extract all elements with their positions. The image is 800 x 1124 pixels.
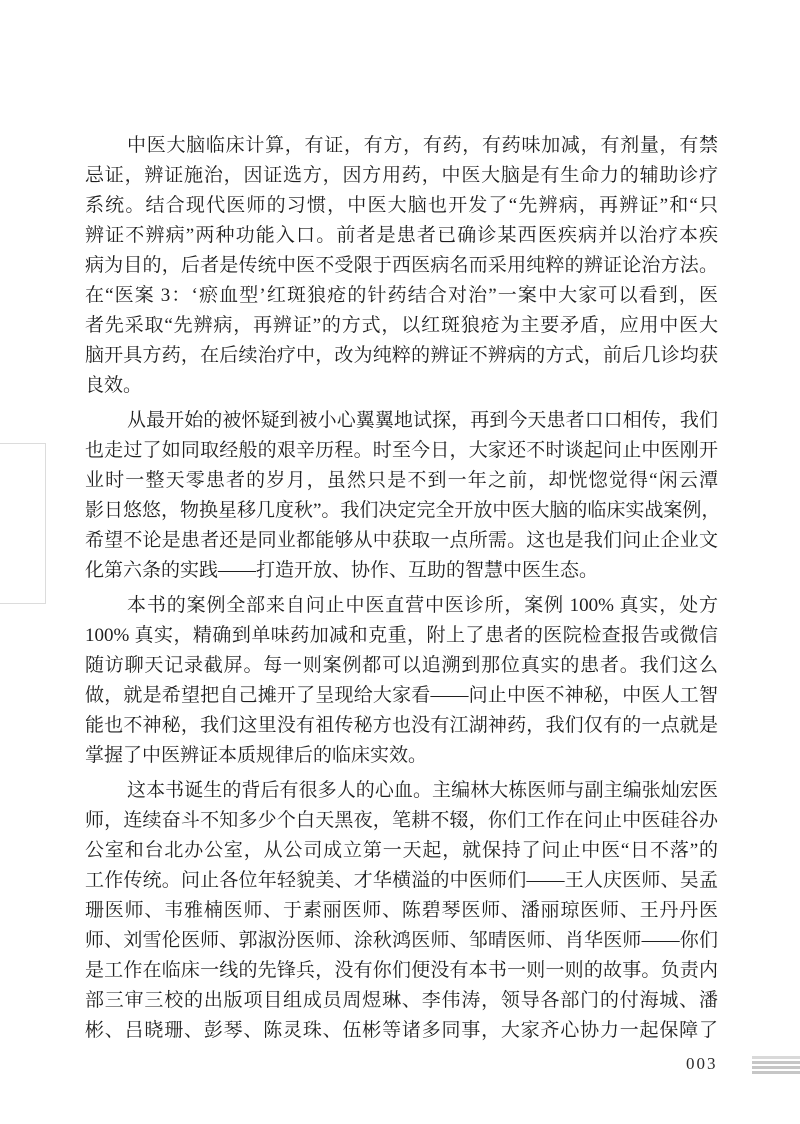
text-line: 辨证不辨病”两种功能入口。前者是患者已确诊某西医疾病并以治疗本疾	[85, 221, 718, 251]
text-line: 在“医案 3：‘瘀血型’红斑狼疮的针药结合对治”一案中大家可以看到，医	[85, 281, 718, 311]
text-line: 希望不论是患者还是同业都能够从中获取一点所需。这也是我们问止企业文	[85, 526, 718, 556]
text-line: 部三审三校的出版项目组成员周煜琳、李伟涛，领导各部门的付海城、潘	[85, 986, 718, 1016]
paragraph: 这本书诞生的背后有很多人的心血。主编林大栋医师与副主编张灿宏医师，连续奋斗不知多…	[85, 776, 718, 1046]
text-line: 脑开具方药，在后续治疗中，改为纯粹的辨证不辨病的方式，前后几诊均获	[85, 341, 718, 371]
paragraph: 中医大脑临床计算，有证，有方，有药，有药味加减，有剂量，有禁忌证，辨证施治，因证…	[85, 131, 718, 401]
text-line: 做，就是希望把自己摊开了呈现给大家看——问止中医不神秘，中医人工智	[85, 681, 718, 711]
stripe	[752, 1066, 800, 1069]
text-line: 者先采取“先辨病，再辨证”的方式，以红斑狼疮为主要矛盾，应用中医大	[85, 311, 718, 341]
page-number: 003	[686, 1054, 718, 1074]
text-line: 化第六条的实践——打造开放、协作、互助的智慧中医生态。	[85, 556, 718, 586]
paragraph: 本书的案例全部来自问止中医直营中医诊所，案例 100% 真实，处方100% 真实…	[85, 591, 718, 771]
footer-stripes-decoration	[752, 1056, 800, 1076]
text-line: 随访聊天记录截屏。每一则案例都可以追溯到那位真实的患者。我们这么	[85, 651, 718, 681]
text-line: 从最开始的被怀疑到被小心翼翼地试探，再到今天患者口口相传，我们	[85, 406, 718, 436]
text-line: 100% 真实，精确到单味药加减和克重，附上了患者的医院检查报告或微信	[85, 621, 718, 651]
stripe	[752, 1071, 800, 1074]
text-line: 是工作在临床一线的先锋兵，没有你们便没有本书一则一则的故事。负责内	[85, 956, 718, 986]
text-line: 本书的案例全部来自问止中医直营中医诊所，案例 100% 真实，处方	[85, 591, 718, 621]
left-margin-box	[0, 443, 46, 604]
text-line: 能也不神秘，我们这里没有祖传秘方也没有江湖神药，我们仅有的一点就是	[85, 711, 718, 741]
text-line: 公室和台北办公室，从公司成立第一天起，就保持了问止中医“日不落”的	[85, 836, 718, 866]
paragraph: 从最开始的被怀疑到被小心翼翼地试探，再到今天患者口口相传，我们也走过了如同取经般…	[85, 406, 718, 586]
text-line: 也走过了如同取经般的艰辛历程。时至今日，大家还不时谈起问止中医刚开	[85, 436, 718, 466]
text-line: 业时一整天零患者的岁月，虽然只是不到一年之前，却恍惚觉得“闲云潭	[85, 466, 718, 496]
text-line: 掌握了中医辨证本质规律后的临床实效。	[85, 741, 718, 771]
text-line: 良效。	[85, 371, 718, 401]
text-line: 珊医师、韦雅楠医师、于素丽医师、陈碧琴医师、潘丽琼医师、王丹丹医	[85, 896, 718, 926]
text-line: 师，连续奋斗不知多少个白天黑夜，笔耕不辍，你们工作在问止中医硅谷办	[85, 806, 718, 836]
text-line: 忌证，辨证施治，因证选方，因方用药，中医大脑是有生命力的辅助诊疗	[85, 161, 718, 191]
text-line: 影日悠悠，物换星移几度秋”。我们决定完全开放中医大脑的临床实战案例，	[85, 496, 718, 526]
body-text: 中医大脑临床计算，有证，有方，有药，有药味加减，有剂量，有禁忌证，辨证施治，因证…	[85, 131, 718, 1046]
text-line: 这本书诞生的背后有很多人的心血。主编林大栋医师与副主编张灿宏医	[85, 776, 718, 806]
book-page: 中医大脑临床计算，有证，有方，有药，有药味加减，有剂量，有禁忌证，辨证施治，因证…	[0, 0, 800, 1124]
text-line: 工作传统。问止各位年轻貌美、才华横溢的中医师们——王人庆医师、吴孟	[85, 866, 718, 896]
stripe	[752, 1056, 800, 1059]
text-line: 师、刘雪伦医师、郭淑汾医师、涂秋鸿医师、邹晴医师、肖华医师——你们	[85, 926, 718, 956]
text-line: 病为目的，后者是传统中医不受限于西医病名而采用纯粹的辨证论治方法。	[85, 251, 718, 281]
text-line: 中医大脑临床计算，有证，有方，有药，有药味加减，有剂量，有禁	[85, 131, 718, 161]
text-line: 系统。结合现代医师的习惯，中医大脑也开发了“先辨病，再辨证”和“只	[85, 191, 718, 221]
stripe	[752, 1061, 800, 1064]
text-line: 彬、吕晓珊、彭琴、陈灵珠、伍彬等诸多同事，大家齐心协力一起保障了	[85, 1016, 718, 1046]
